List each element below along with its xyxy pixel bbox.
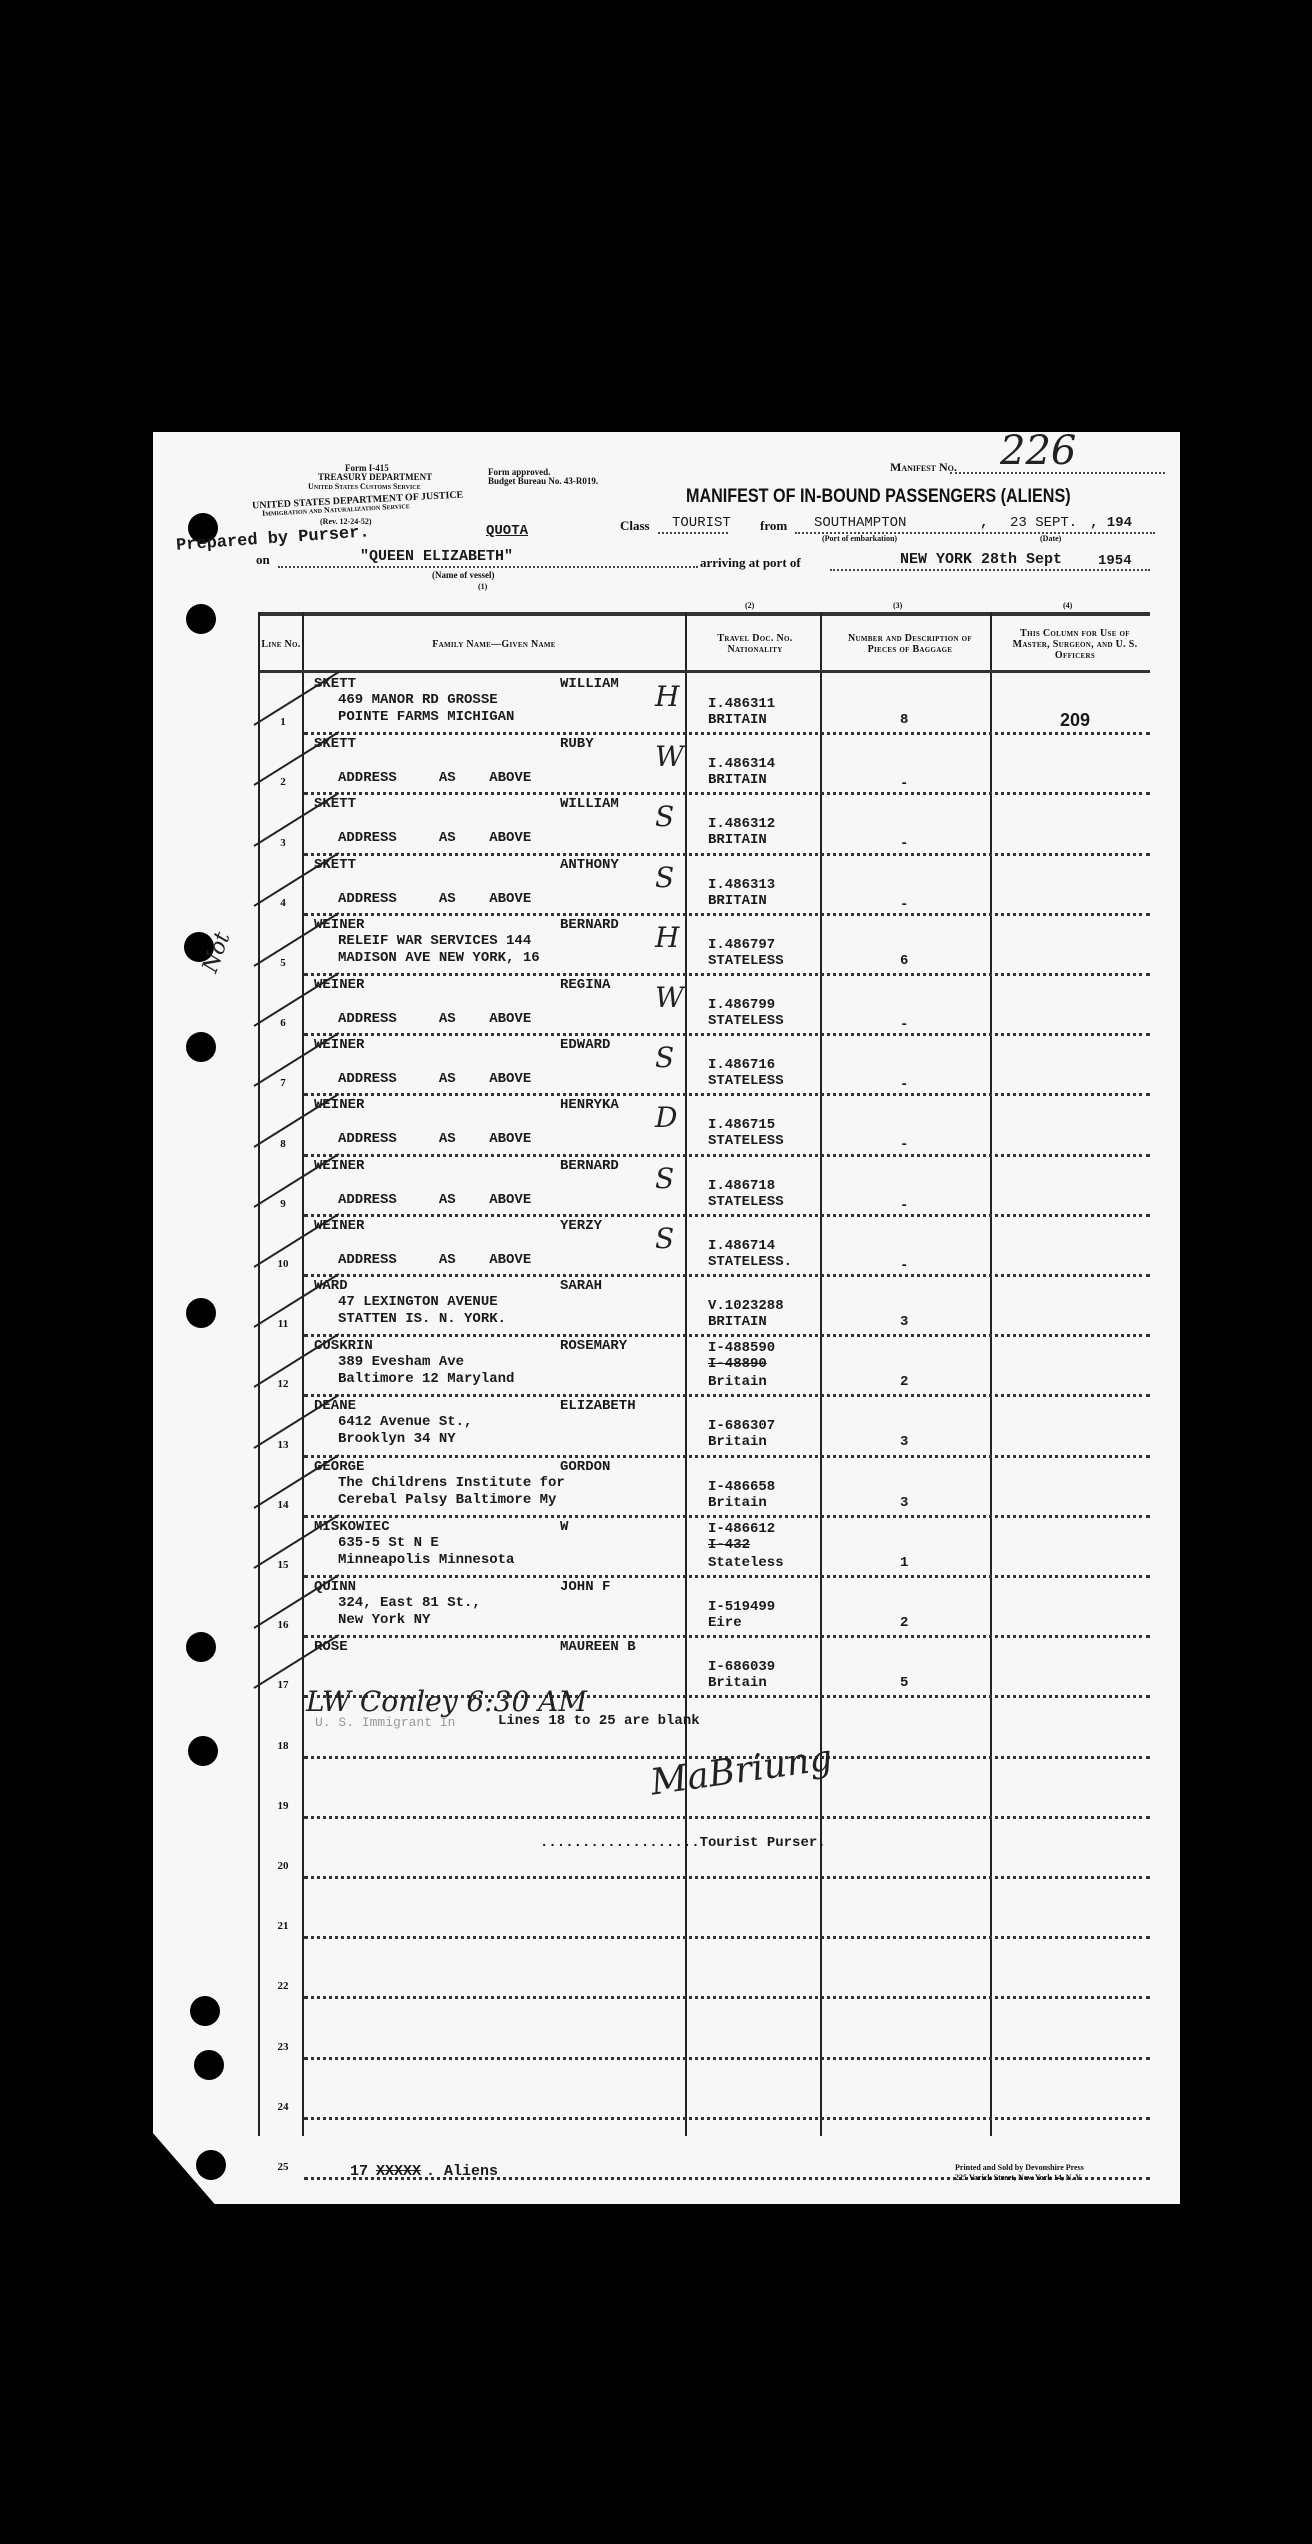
handwritten-mark: S xyxy=(655,1230,674,1247)
address: 635-5 St N E Minneapolis Minnesota xyxy=(338,1535,514,1569)
col-divider xyxy=(685,612,687,2136)
row-rule xyxy=(304,1394,1150,1397)
line-number: 12 xyxy=(268,1378,298,1390)
nationality: STATELESS xyxy=(708,1013,784,1030)
line-number: 1 xyxy=(268,716,298,728)
col-number-4: (4) xyxy=(1063,601,1072,610)
punch-hole xyxy=(196,2150,226,2180)
header-officers: This Column for Use of Master, Surgeon, … xyxy=(1005,618,1145,670)
line-number: 8 xyxy=(268,1138,298,1150)
address: 469 MANOR RD GROSSE POINTE FARMS MICHIGA… xyxy=(338,692,514,726)
date-caption: (Date) xyxy=(1040,534,1061,543)
class-value: TOURIST xyxy=(672,515,731,531)
address: ADDRESS AS ABOVE xyxy=(338,770,531,787)
baggage-count: 6 xyxy=(900,953,908,970)
nationality: BRITAIN xyxy=(708,832,767,849)
handwritten-mark: W xyxy=(655,989,684,1006)
row-rule xyxy=(304,1214,1150,1217)
travel-doc-no: I.486718 xyxy=(708,1178,775,1195)
travel-doc-no: I-488590 xyxy=(708,1340,775,1357)
travel-doc-no: I.486314 xyxy=(708,756,775,773)
family-name: WEINER xyxy=(314,1158,364,1175)
aliens-count: 17 xyxy=(350,2163,368,2180)
row-rule xyxy=(304,1515,1150,1518)
customs-service: United States Customs Service xyxy=(308,482,421,491)
row-rule xyxy=(304,973,1150,976)
handwritten-mark: S xyxy=(655,1170,674,1187)
nationality: Britain xyxy=(708,1374,767,1391)
baggage-dash: - xyxy=(900,897,908,914)
family-name: GEORGE xyxy=(314,1459,364,1476)
baggage-dash: - xyxy=(900,1017,908,1034)
line18-faded: U. S. Immigrant In xyxy=(315,1715,455,1730)
embark-year: , 194 xyxy=(1090,515,1132,531)
line-number: 18 xyxy=(268,1740,298,1752)
address: ADDRESS AS ABOVE xyxy=(338,830,531,847)
header-line-no: Line No. xyxy=(260,618,302,670)
class-line xyxy=(658,532,728,534)
address: RELEIF WAR SERVICES 144 MADISON AVE NEW … xyxy=(338,933,540,967)
header-baggage: Number and Description of Pieces of Bagg… xyxy=(835,618,985,670)
travel-doc-no: V.1023288 xyxy=(708,1298,784,1315)
row-rule xyxy=(304,1033,1150,1036)
row-rule xyxy=(304,1093,1150,1096)
nationality: Britain xyxy=(708,1434,767,1451)
line-number: 7 xyxy=(268,1077,298,1089)
given-name: SARAH xyxy=(560,1278,602,1295)
travel-doc-no: I-686039 xyxy=(708,1659,775,1676)
line-number: 13 xyxy=(268,1439,298,1451)
nationality: BRITAIN xyxy=(708,1314,767,1331)
baggage-count: 5 xyxy=(900,1675,908,1692)
baggage-count: 3 xyxy=(900,1434,908,1451)
line18-text: Lines 18 to 25 are blank xyxy=(498,1713,700,1729)
travel-doc-no: I.486715 xyxy=(708,1117,775,1134)
baggage-dash: - xyxy=(900,776,908,793)
baggage-dash: - xyxy=(900,1258,908,1275)
row-rule xyxy=(304,792,1150,795)
on-label: on xyxy=(256,552,270,568)
address: ADDRESS AS ABOVE xyxy=(338,1252,531,1269)
handwritten-mark: H xyxy=(655,929,679,946)
line-number: 4 xyxy=(268,897,298,909)
given-name: EDWARD xyxy=(560,1037,610,1054)
header-name: Family Name—Given Name xyxy=(304,618,684,670)
punch-hole xyxy=(186,604,216,634)
col-divider xyxy=(820,612,822,2136)
treasury-dept: TREASURY DEPARTMENT xyxy=(318,472,432,482)
nationality: STATELESS xyxy=(708,1133,784,1150)
line-number: 6 xyxy=(268,1017,298,1029)
nationality: Eire xyxy=(708,1615,742,1632)
baggage-dash: - xyxy=(900,836,908,853)
manifest-table: Line No. Family Name—Given Name Travel D… xyxy=(258,612,1150,2136)
header-travel-doc: Travel Doc. No. Nationality xyxy=(700,618,810,670)
given-name: WILLIAM xyxy=(560,676,619,693)
baggage-count: 8 xyxy=(900,712,908,729)
line-number: 25 xyxy=(268,2161,298,2173)
given-name: BERNARD xyxy=(560,917,619,934)
address: ADDRESS AS ABOVE xyxy=(338,1192,531,1209)
from-label: from xyxy=(760,518,787,534)
travel-doc-no: I.486797 xyxy=(708,937,775,954)
handwritten-mark: H xyxy=(655,688,679,705)
printer-line-1: Printed and Sold by Devonshire Press xyxy=(955,2163,1084,2172)
row-rule xyxy=(304,1455,1150,1458)
given-name: HENRYKA xyxy=(560,1097,619,1114)
row-rule xyxy=(304,2057,1150,2060)
given-name: JOHN F xyxy=(560,1579,610,1596)
nationality: BRITAIN xyxy=(708,893,767,910)
row-rule xyxy=(304,1876,1150,1879)
given-name: ANTHONY xyxy=(560,857,619,874)
given-name: MAUREEN B xyxy=(560,1639,636,1656)
family-name: WEINER xyxy=(314,917,364,934)
punch-hole xyxy=(188,1736,218,1766)
manifest-no-label: Manifest No. xyxy=(890,460,957,475)
given-name: ROSEMARY xyxy=(560,1338,627,1355)
travel-doc-struck: I-48890 xyxy=(708,1356,767,1373)
row-rule xyxy=(304,1996,1150,1999)
line-number: 16 xyxy=(268,1619,298,1631)
given-name: YERZY xyxy=(560,1218,602,1235)
line-number: 9 xyxy=(268,1198,298,1210)
given-name: ELIZABETH xyxy=(560,1398,636,1415)
arrival-port: NEW YORK 28th Sept xyxy=(900,551,1062,568)
nationality: BRITAIN xyxy=(708,772,767,789)
baggage-dash: - xyxy=(900,1077,908,1094)
port-caption: (Port of embarkation) xyxy=(822,534,897,543)
travel-doc-no: I-519499 xyxy=(708,1599,775,1616)
nationality: Britain xyxy=(708,1495,767,1512)
class-label: Class xyxy=(620,518,650,534)
line-number: 11 xyxy=(268,1318,298,1330)
row-rule xyxy=(304,1154,1150,1157)
given-name: BERNARD xyxy=(560,1158,619,1175)
travel-doc-no: I-686307 xyxy=(708,1418,775,1435)
address: 324, East 81 St., New York NY xyxy=(338,1595,481,1629)
address: ADDRESS AS ABOVE xyxy=(338,1011,531,1028)
baggage-count: 1 xyxy=(900,1555,908,1572)
row-rule xyxy=(304,853,1150,856)
manifest-title: MANIFEST OF IN-BOUND PASSENGERS (ALIENS) xyxy=(686,486,1071,508)
baggage-count: 2 xyxy=(900,1374,908,1391)
budget-bureau: Budget Bureau No. 43-R019. xyxy=(488,476,598,486)
address: ADDRESS AS ABOVE xyxy=(338,891,531,908)
row-rule xyxy=(304,2117,1150,2120)
travel-doc-no: I-486612 xyxy=(708,1521,775,1538)
nationality: BRITAIN xyxy=(708,712,767,729)
line-number: 10 xyxy=(268,1258,298,1270)
given-name: WILLIAM xyxy=(560,796,619,813)
travel-doc-no: I.486716 xyxy=(708,1057,775,1074)
nationality: STATELESS xyxy=(708,1194,784,1211)
given-name: W xyxy=(560,1519,568,1536)
manifest-number: 226 xyxy=(1000,428,1076,474)
row-rule xyxy=(304,1274,1150,1277)
handwritten-mark: S xyxy=(655,1049,674,1066)
family-name: WEINER xyxy=(314,977,364,994)
travel-doc-no: I.486312 xyxy=(708,816,775,833)
punch-hole xyxy=(194,2050,224,2080)
row-rule xyxy=(304,1936,1150,1939)
row-rule xyxy=(304,732,1150,735)
purser-line: ...................Tourist Purser. xyxy=(540,1835,826,1851)
nationality: STATELESS xyxy=(708,953,784,970)
travel-doc-no: I.486799 xyxy=(708,997,775,1014)
address: 6412 Avenue St., Brooklyn 34 NY xyxy=(338,1414,472,1448)
vessel-line xyxy=(278,566,698,568)
baggage-dash: - xyxy=(900,1198,908,1215)
address: ADDRESS AS ABOVE xyxy=(338,1071,531,1088)
col-number-2: (2) xyxy=(745,601,754,610)
row-rule xyxy=(304,1816,1150,1819)
line-number: 24 xyxy=(268,2101,298,2113)
address: 47 LEXINGTON AVENUE STATTEN IS. N. YORK. xyxy=(338,1294,506,1328)
handwritten-mark: D xyxy=(655,1109,677,1126)
travel-doc-no: I-486658 xyxy=(708,1479,775,1496)
line-number: 22 xyxy=(268,1980,298,1992)
col-divider xyxy=(302,612,304,2136)
given-name: REGINA xyxy=(560,977,610,994)
family-name: WEINER xyxy=(314,1218,364,1235)
line-number: 21 xyxy=(268,1920,298,1932)
line-number: 17 xyxy=(268,1679,298,1691)
punch-hole xyxy=(186,1632,216,1662)
col-number-1: (1) xyxy=(478,582,487,591)
sep-comma: , xyxy=(980,515,988,531)
line-number: 20 xyxy=(268,1860,298,1872)
quota-label: QUOTA xyxy=(486,523,528,539)
travel-doc-struck: I-432 xyxy=(708,1537,750,1554)
punch-hole xyxy=(186,1298,216,1328)
row-rule xyxy=(304,913,1150,916)
handwritten-mark: S xyxy=(655,869,674,886)
baggage-count: 3 xyxy=(900,1495,908,1512)
table-top-rule xyxy=(260,612,1150,616)
nationality: Stateless xyxy=(708,1555,784,1572)
travel-doc-no: I.486313 xyxy=(708,877,775,894)
address: ADDRESS AS ABOVE xyxy=(338,1131,531,1148)
travel-doc-no: I.486714 xyxy=(708,1238,775,1255)
arrival-year: 1954 xyxy=(1098,553,1132,569)
line-number: 14 xyxy=(268,1499,298,1511)
baggage-count: 3 xyxy=(900,1314,908,1331)
vessel-name: "QUEEN ELIZABETH" xyxy=(360,548,513,565)
arriving-label: arriving at port of xyxy=(700,555,801,571)
punch-hole xyxy=(190,1996,220,2026)
row-rule xyxy=(304,1635,1150,1638)
address: The Childrens Institute for Cerebal Pals… xyxy=(338,1475,565,1509)
address: 389 Evesham Ave Baltimore 12 Maryland xyxy=(338,1354,514,1388)
handwritten-mark: S xyxy=(655,808,674,825)
punch-hole xyxy=(186,1032,216,1062)
handwritten-mark: W xyxy=(655,748,684,765)
header-rule xyxy=(260,670,1150,673)
line-number: 3 xyxy=(268,837,298,849)
officer-note: 209 xyxy=(1060,712,1090,729)
line-number: 19 xyxy=(268,1800,298,1812)
col-number-3: (3) xyxy=(893,601,902,610)
line-number: 23 xyxy=(268,2041,298,2053)
aliens-struck: XXXXX xyxy=(376,2163,421,2180)
embark-date: 23 SEPT. xyxy=(1010,515,1077,531)
family-name: CUSKRIN xyxy=(314,1338,373,1355)
port-embarkation: SOUTHAMPTON xyxy=(814,515,906,531)
aliens-label: . Aliens xyxy=(426,2163,498,2180)
line-number: 2 xyxy=(268,776,298,788)
baggage-dash: - xyxy=(900,1137,908,1154)
line-number: 5 xyxy=(268,957,298,969)
nationality: Britain xyxy=(708,1675,767,1692)
given-name: GORDON xyxy=(560,1459,610,1476)
family-name: WEINER xyxy=(314,1037,364,1054)
nationality: STATELESS. xyxy=(708,1254,792,1271)
printer-line-2: 225 Varick Street, New York 14, N. Y. xyxy=(955,2173,1082,2182)
row-rule xyxy=(304,1575,1150,1578)
arrival-line xyxy=(830,569,1150,571)
nationality: STATELESS xyxy=(708,1073,784,1090)
travel-doc-no: I.486311 xyxy=(708,696,775,713)
line-number: 15 xyxy=(268,1559,298,1571)
vessel-caption: (Name of vessel) xyxy=(432,570,494,580)
given-name: RUBY xyxy=(560,736,594,753)
row-rule xyxy=(304,1334,1150,1337)
col-divider xyxy=(990,612,992,2136)
baggage-count: 2 xyxy=(900,1615,908,1632)
